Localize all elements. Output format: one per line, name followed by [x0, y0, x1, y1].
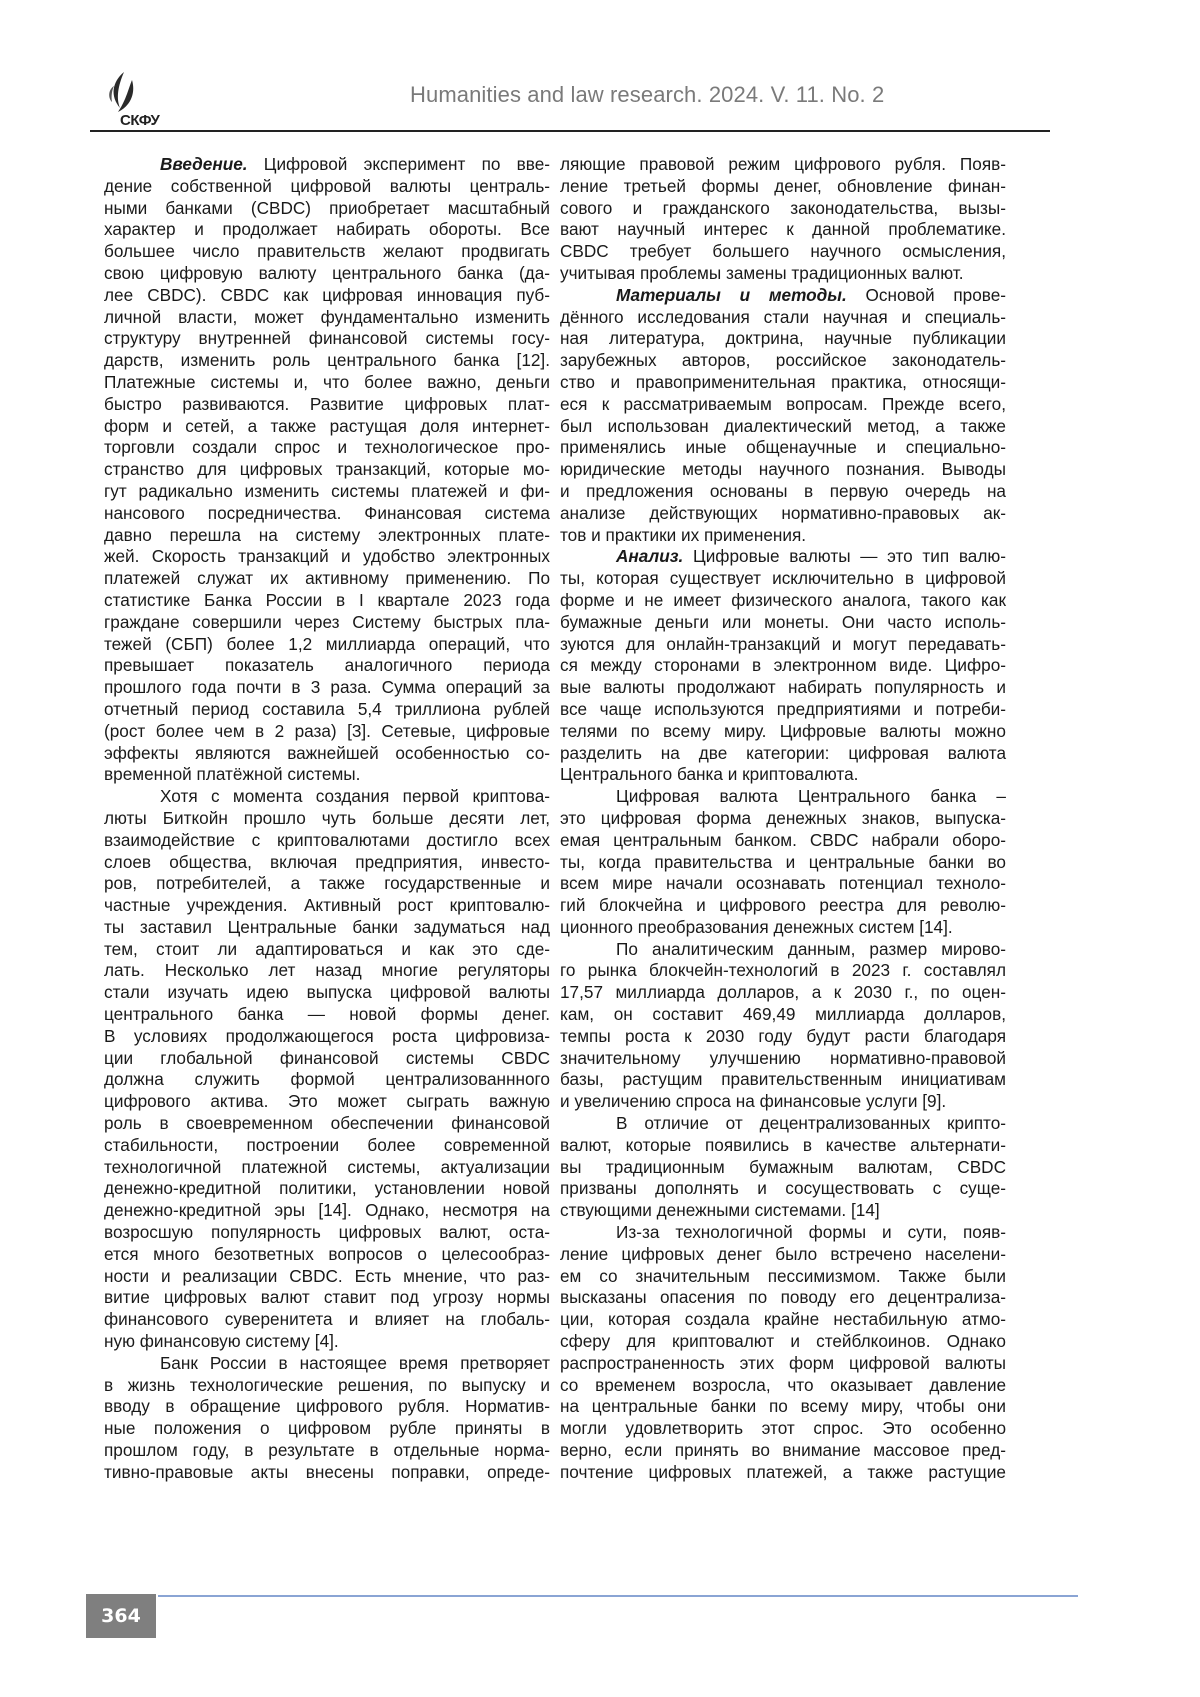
line-text: гий блокчейна и цифрового реестра для ре… [560, 895, 1006, 915]
footer-divider [158, 1595, 1078, 1597]
header-divider [90, 130, 1050, 132]
text-line: структуру внутренней финансовой системы … [104, 328, 550, 350]
line-text: 17,57 миллиарда долларов, а к 2030 г., п… [560, 982, 1006, 1002]
line-text: Банк России в настоящее время претворяет [160, 1353, 550, 1373]
line-text: в жизнь технологические решения, по выпу… [104, 1375, 550, 1395]
line-text: ции глобальной финансовой системы CBDC [104, 1048, 550, 1068]
line-text: ционного преобразования денежных систем … [560, 917, 953, 937]
text-line: ная литература, доктрина, научные публик… [560, 328, 1006, 350]
text-line: Цифровая валюта Центрального банка – [560, 786, 1006, 808]
text-line: разделить на две категории: цифровая вал… [560, 743, 1006, 765]
line-text: тем, стоит ли адаптироваться и как это с… [104, 939, 550, 959]
line-text: ная литература, доктрина, научные публик… [560, 328, 1006, 348]
line-text: ляющие правовой режим цифрового рубля. П… [560, 154, 1006, 174]
line-text: эффекты являются важнейшей особенностью … [104, 743, 550, 763]
text-line: взаимодействие с криптовалютами достигло… [104, 830, 550, 852]
text-line: временной платёжной системы. [104, 764, 550, 786]
text-line: цифрового актива. Это может сыграть важн… [104, 1091, 550, 1113]
line-text: Основой прове- [847, 285, 1006, 305]
university-logo: СКФУ [102, 68, 182, 128]
line-text: ление третьей формы денег, обновление фи… [560, 176, 1006, 196]
text-line: превышает показатель аналогичного период… [104, 655, 550, 677]
text-line: Анализ. Цифровые валюты — это тип валю- [560, 546, 1006, 568]
text-line: прошлого года почти в 3 раза. Сумма опер… [104, 677, 550, 699]
text-line: распространенность этих форм цифровой ва… [560, 1353, 1006, 1375]
text-line: тежей (СБП) более 1,2 миллиарда операций… [104, 634, 550, 656]
line-text: слоев общества, включая предприятия, инв… [104, 852, 550, 872]
logo-text: СКФУ [120, 112, 159, 129]
text-line: тем, стоит ли адаптироваться и как это с… [104, 939, 550, 961]
text-line: стабильности, построении более современн… [104, 1135, 550, 1157]
journal-title: Humanities and law research. 2024. V. 11… [410, 82, 884, 108]
text-line: ты, которая существует исключительно в ц… [560, 568, 1006, 590]
line-text: временной платёжной системы. [104, 764, 360, 784]
text-line: быстро развиваются. Развитие цифровых пл… [104, 394, 550, 416]
text-line: вые валюты продолжают набирать популярно… [560, 677, 1006, 699]
text-line: дение собственной цифровой валюты центра… [104, 176, 550, 198]
text-line: дённого исследования стали научная и спе… [560, 307, 1006, 329]
line-text: форме и не имеет физического аналога, та… [560, 590, 1006, 610]
line-text: Цифровая валюта Центрального банка – [616, 786, 1006, 806]
line-text: В отличие от децентрализованных крипто- [616, 1113, 1006, 1133]
line-text: ными банками (CBDC) приобретает масштабн… [104, 198, 550, 218]
text-line: В отличие от децентрализованных крипто- [560, 1113, 1006, 1135]
line-text: лее CBDC). CBDC как цифровая инновация п… [104, 285, 550, 305]
text-line: был использован диалектический метод, а … [560, 416, 1006, 438]
line-text: (рост более чем в 2 раза) [3]. Сетевые, … [104, 721, 550, 741]
text-line: нансового посредничества. Финансовая сис… [104, 503, 550, 525]
line-text: и предложения основаны в первую очередь … [560, 481, 1006, 501]
line-text: всем мире начали осознавать потенциал те… [560, 873, 1006, 893]
line-text: ется много безответных вопросов о целесо… [104, 1244, 550, 1264]
text-line: Материалы и методы. Основой прове- [560, 285, 1006, 307]
line-text: сферу для криптовалют и стейблкоинов. Од… [560, 1331, 1006, 1351]
line-text: вводу в обращение цифрового рубля. Норма… [104, 1396, 550, 1416]
line-text: вы традиционным бумажным валютам, CBDC [560, 1157, 1006, 1177]
line-text: характер и продолжает набирать обороты. … [104, 219, 550, 239]
line-text: странство для цифровых транзакций, котор… [104, 459, 550, 479]
text-line: По аналитическим данным, размер мирово- [560, 939, 1006, 961]
text-line: сового и гражданского законодательства, … [560, 198, 1006, 220]
line-text: свою цифровую валюту центрального банка … [104, 263, 550, 283]
line-text: ся между сторонами в электронном виде. Ц… [560, 655, 1006, 675]
text-line: большее число правительств желают продви… [104, 241, 550, 263]
line-text: ров, потребителей, а также государственн… [104, 873, 550, 893]
line-text: ем со значительным пессимизмом. Также бы… [560, 1266, 1006, 1286]
text-line: форм и сетей, а также растущая доля инте… [104, 416, 550, 438]
line-text: вые валюты продолжают набирать популярно… [560, 677, 1006, 697]
line-text: ствующими денежными системами. [14] [560, 1200, 880, 1220]
text-line: ную финансовую систему [4]. [104, 1331, 550, 1353]
line-text: Хотя с момента создания первой криптова- [160, 786, 550, 806]
line-text: прошлого года почти в 3 раза. Сумма опер… [104, 677, 550, 697]
text-line: значительному улучшению нормативно-право… [560, 1048, 1006, 1070]
text-line: тов и практики их применения. [560, 525, 1006, 547]
text-line: В условиях продолжающегося роста цифрови… [104, 1026, 550, 1048]
text-line: (рост более чем в 2 раза) [3]. Сетевые, … [104, 721, 550, 743]
text-line: юридические методы научного познания. Вы… [560, 459, 1006, 481]
text-line: базы, растущим правительственным инициат… [560, 1069, 1006, 1091]
line-text: дение собственной цифровой валюты центра… [104, 176, 550, 196]
text-line: и предложения основаны в первую очередь … [560, 481, 1006, 503]
line-text: CBDC требует большего научного осмыслени… [560, 241, 1006, 261]
text-line: витие цифровых валют ставит под угрозу н… [104, 1287, 550, 1309]
left-text-column: Введение. Цифровой эксперимент по вве-де… [104, 154, 550, 1484]
text-line: личной власти, может фундаментально изме… [104, 307, 550, 329]
text-line: Из-за технологичной формы и сути, появ- [560, 1222, 1006, 1244]
line-text: личной власти, может фундаментально изме… [104, 307, 550, 327]
text-line: ты заставил Центральные банки задуматься… [104, 917, 550, 939]
text-line: платежей служат их активному применению.… [104, 568, 550, 590]
line-text: В условиях продолжающегося роста цифрови… [104, 1026, 550, 1046]
text-line: ствующими денежными системами. [14] [560, 1200, 1006, 1222]
text-line: кам, он составит 469,49 миллиарда доллар… [560, 1004, 1006, 1026]
line-text: статистике Банка России в I квартале 202… [104, 590, 550, 610]
line-text: емая центральным банком. CBDC набрали об… [560, 830, 1006, 850]
line-text: ты заставил Центральные банки задуматься… [104, 917, 550, 937]
line-text: технологичной платежной системы, актуали… [104, 1157, 550, 1177]
line-text: вают научный интерес к данной проблемати… [560, 219, 1006, 239]
line-text: тежей (СБП) более 1,2 миллиарда операций… [104, 634, 550, 654]
text-line: зарубежных авторов, российское законодат… [560, 350, 1006, 372]
line-text: превышает показатель аналогичного период… [104, 655, 550, 675]
line-text: ты, когда правительства и центральные ба… [560, 852, 1006, 872]
line-text: ство и правоприменительная практика, отн… [560, 372, 1006, 392]
line-text: го рынка блокчейн-технологий в 2023 г. с… [560, 960, 1006, 980]
text-line: роль в своевременном обеспечении финансо… [104, 1113, 550, 1135]
section-heading: Введение. [160, 154, 248, 174]
line-text: форм и сетей, а также растущая доля инте… [104, 416, 550, 436]
line-text: ности и реализации CBDC. Есть мнение, чт… [104, 1266, 550, 1286]
line-text: дённого исследования стали научная и спе… [560, 307, 1006, 327]
text-line: гий блокчейна и цифрового реестра для ре… [560, 895, 1006, 917]
line-text: Платежные системы и, что более важно, де… [104, 372, 550, 392]
section-heading: Материалы и методы. [616, 285, 847, 305]
text-line: в жизнь технологические решения, по выпу… [104, 1375, 550, 1397]
line-text: витие цифровых валют ставит под угрозу н… [104, 1287, 550, 1307]
line-text: граждане совершили через Систему быстрых… [104, 612, 550, 632]
line-text: торговли создали спрос и технологическое… [104, 437, 550, 457]
line-text: роль в своевременном обеспечении финансо… [104, 1113, 550, 1133]
line-text: Центрального банка и криптовалюта. [560, 764, 858, 784]
text-line: финансового суверенитета и влияет на гло… [104, 1309, 550, 1331]
line-text: темпы роста к 2030 году будут расти благ… [560, 1026, 1006, 1046]
text-line: денежно-кредитной политики, установлении… [104, 1178, 550, 1200]
right-text-column: ляющие правовой режим цифрового рубля. П… [560, 154, 1006, 1484]
text-line: тивно-правовые акты внесены поправки, оп… [104, 1462, 550, 1484]
text-line: ции глобальной финансовой системы CBDC [104, 1048, 550, 1070]
text-line: стали изучать идею выпуска цифровой валю… [104, 982, 550, 1004]
line-text: все чаще используются предприятиями и по… [560, 699, 1006, 719]
text-line: темпы роста к 2030 году будут расти благ… [560, 1026, 1006, 1048]
line-text: валют, которые появились в качестве альт… [560, 1135, 1006, 1155]
text-line: почтение цифровых платежей, а также раст… [560, 1462, 1006, 1484]
line-text: ную финансовую систему [4]. [104, 1331, 339, 1351]
text-line: характер и продолжает набирать обороты. … [104, 219, 550, 241]
line-text: кам, он составит 469,49 миллиарда доллар… [560, 1004, 1006, 1024]
text-line: применялись иные общенаучные и специальн… [560, 437, 1006, 459]
line-text: телями по всему миру. Цифровые валюты мо… [560, 721, 1006, 741]
text-line: жей. Скорость транзакций и удобство элек… [104, 546, 550, 568]
line-text: могли удовлетворить этот спрос. Это особ… [560, 1418, 1006, 1438]
text-line: ров, потребителей, а также государственн… [104, 873, 550, 895]
text-line: телями по всему миру. Цифровые валюты мо… [560, 721, 1006, 743]
text-line: еся к рассматриваемым вопросам. Прежде в… [560, 394, 1006, 416]
line-text: бумажные деньги или монеты. Они часто ис… [560, 612, 1006, 632]
text-line: ционного преобразования денежных систем … [560, 917, 1006, 939]
text-line: анализе действующих нормативно-правовых … [560, 503, 1006, 525]
line-text: Цифровые валюты — это тип валю- [683, 546, 1006, 566]
text-line: ство и правоприменительная практика, отн… [560, 372, 1006, 394]
line-text: взаимодействие с криптовалютами достигло… [104, 830, 550, 850]
line-text: зарубежных авторов, российское законодат… [560, 350, 1006, 370]
text-line: ляющие правовой режим цифрового рубля. П… [560, 154, 1006, 176]
text-line: Хотя с момента создания первой криптова- [104, 786, 550, 808]
line-text: прошлом году, в результате в отдельные н… [104, 1440, 550, 1460]
text-line: денежно-кредитной эры [14]. Однако, несм… [104, 1200, 550, 1222]
text-line: ты, когда правительства и центральные ба… [560, 852, 1006, 874]
text-line: 17,57 миллиарда долларов, а к 2030 г., п… [560, 982, 1006, 1004]
text-line: торговли создали спрос и технологическое… [104, 437, 550, 459]
line-text: анализе действующих нормативно-правовых … [560, 503, 1006, 523]
line-text: применялись иные общенаучные и специальн… [560, 437, 1006, 457]
line-text: призваны дополнять и сосуществовать с су… [560, 1178, 1006, 1198]
text-line: технологичной платежной системы, актуали… [104, 1157, 550, 1179]
text-line: прошлом году, в результате в отдельные н… [104, 1440, 550, 1462]
line-text: зуются для онлайн-транзакций и могут пер… [560, 634, 1006, 654]
text-line: форме и не имеет физического аналога, та… [560, 590, 1006, 612]
text-line: сферу для криптовалют и стейблкоинов. Од… [560, 1331, 1006, 1353]
section-heading: Анализ. [616, 546, 683, 566]
text-line: должна служить формой централизованнного [104, 1069, 550, 1091]
line-text: тивно-правовые акты внесены поправки, оп… [104, 1462, 550, 1482]
text-line: частные учреждения. Активный рост крипто… [104, 895, 550, 917]
line-text: По аналитическим данным, размер мирово- [616, 939, 1006, 959]
line-text: распространенность этих форм цифровой ва… [560, 1353, 1006, 1373]
text-line: люты Биткойн прошло чуть больше десяти л… [104, 808, 550, 830]
text-line: учитывая проблемы замены традиционных ва… [560, 263, 1006, 285]
text-line: граждане совершили через Систему быстрых… [104, 612, 550, 634]
text-line: вводу в обращение цифрового рубля. Норма… [104, 1396, 550, 1418]
text-line: центрального банка — новой формы денег. [104, 1004, 550, 1026]
text-line: Введение. Цифровой эксперимент по вве- [104, 154, 550, 176]
page-header: СКФУ Humanities and law research. 2024. … [90, 60, 1050, 132]
text-line: призваны дополнять и сосуществовать с су… [560, 1178, 1006, 1200]
text-line: это цифровая форма денежных знаков, выпу… [560, 808, 1006, 830]
line-text: значительному улучшению нормативно-право… [560, 1048, 1006, 1068]
line-text: почтение цифровых платежей, а также раст… [560, 1462, 1006, 1482]
line-text: быстро развиваются. Развитие цифровых пл… [104, 394, 550, 414]
text-line: со временем возросла, что оказывает давл… [560, 1375, 1006, 1397]
line-text: ты, которая существует исключительно в ц… [560, 568, 1006, 588]
line-text: отчетный период составила 5,4 триллиона … [104, 699, 550, 719]
line-text: денежно-кредитной политики, установлении… [104, 1178, 550, 1198]
line-text: давно перешла на систему электронных пла… [104, 525, 550, 545]
text-line: давно перешла на систему электронных пла… [104, 525, 550, 547]
text-line: свою цифровую валюту центрального банка … [104, 263, 550, 285]
text-line: ными банками (CBDC) приобретает масштабн… [104, 198, 550, 220]
line-text: и увеличению спроса на финансовые услуги… [560, 1091, 946, 1111]
text-line: зуются для онлайн-транзакций и могут пер… [560, 634, 1006, 656]
line-text: ление цифровых денег было встречено насе… [560, 1244, 1006, 1264]
text-line: лать. Несколько лет назад многие регулят… [104, 960, 550, 982]
line-text: цифрового актива. Это может сыграть важн… [104, 1091, 550, 1111]
text-line: эффекты являются важнейшей особенностью … [104, 743, 550, 765]
line-text: Цифровой эксперимент по вве- [248, 154, 550, 174]
line-text: должна служить формой централизованнного [104, 1069, 550, 1089]
line-text: высказаны опасения по поводу его децентр… [560, 1287, 1006, 1307]
text-line: CBDC требует большего научного осмыслени… [560, 241, 1006, 263]
line-text: платежей служат их активному применению.… [104, 568, 550, 588]
text-line: статистике Банка России в I квартале 202… [104, 590, 550, 612]
line-text: был использован диалектический метод, а … [560, 416, 1006, 436]
text-line: ции, которая создала крайне нестабильную… [560, 1309, 1006, 1331]
line-text: Из-за технологичной формы и сути, появ- [616, 1222, 1006, 1242]
text-line: отчетный период составила 5,4 триллиона … [104, 699, 550, 721]
text-line: лее CBDC). CBDC как цифровая инновация п… [104, 285, 550, 307]
line-text: на центральные банки по всему миру, чтоб… [560, 1396, 1006, 1416]
text-line: Платежные системы и, что более важно, де… [104, 372, 550, 394]
line-text: финансового суверенитета и влияет на гло… [104, 1309, 550, 1329]
line-text: это цифровая форма денежных знаков, выпу… [560, 808, 1006, 828]
text-line: ные положения о цифровом рубле приняты в [104, 1418, 550, 1440]
line-text: еся к рассматриваемым вопросам. Прежде в… [560, 394, 1006, 414]
text-line: вы традиционным бумажным валютам, CBDC [560, 1157, 1006, 1179]
line-text: люты Биткойн прошло чуть больше десяти л… [104, 808, 550, 828]
text-line: валют, которые появились в качестве альт… [560, 1135, 1006, 1157]
line-text: дарств, изменить роль центрального банка… [104, 350, 550, 370]
text-line: слоев общества, включая предприятия, инв… [104, 852, 550, 874]
text-line: высказаны опасения по поводу его децентр… [560, 1287, 1006, 1309]
wing-logo-icon [102, 68, 162, 118]
text-line: все чаще используются предприятиями и по… [560, 699, 1006, 721]
text-line: могли удовлетворить этот спрос. Это особ… [560, 1418, 1006, 1440]
text-line: дарств, изменить роль центрального банка… [104, 350, 550, 372]
text-line: ности и реализации CBDC. Есть мнение, чт… [104, 1266, 550, 1288]
line-text: жей. Скорость транзакций и удобство элек… [104, 546, 550, 566]
line-text: возросшую популярность цифровых валют, о… [104, 1222, 550, 1242]
text-line: и увеличению спроса на финансовые услуги… [560, 1091, 1006, 1113]
line-text: лать. Несколько лет назад многие регулят… [104, 960, 550, 980]
text-line: го рынка блокчейн-технологий в 2023 г. с… [560, 960, 1006, 982]
line-text: ции, которая создала крайне нестабильную… [560, 1309, 1006, 1329]
line-text: ные положения о цифровом рубле приняты в [104, 1418, 550, 1438]
text-line: возросшую популярность цифровых валют, о… [104, 1222, 550, 1244]
text-line: Банк России в настоящее время претворяет [104, 1353, 550, 1375]
line-text: верно, если принять во внимание массовое… [560, 1440, 1006, 1460]
line-text: юридические методы научного познания. Вы… [560, 459, 1006, 479]
line-text: стали изучать идею выпуска цифровой валю… [104, 982, 550, 1002]
line-text: базы, растущим правительственным инициат… [560, 1069, 1006, 1089]
text-line: всем мире начали осознавать потенциал те… [560, 873, 1006, 895]
text-line: Центрального банка и криптовалюта. [560, 764, 1006, 786]
text-line: ется много безответных вопросов о целесо… [104, 1244, 550, 1266]
line-text: структуру внутренней финансовой системы … [104, 328, 550, 348]
text-line: вают научный интерес к данной проблемати… [560, 219, 1006, 241]
line-text: центрального банка — новой формы денег. [104, 1004, 550, 1024]
line-text: сового и гражданского законодательства, … [560, 198, 1006, 218]
text-line: верно, если принять во внимание массовое… [560, 1440, 1006, 1462]
line-text: тов и практики их применения. [560, 525, 806, 545]
line-text: учитывая проблемы замены традиционных ва… [560, 263, 964, 283]
text-line: гут радикально изменить системы платежей… [104, 481, 550, 503]
text-line: на центральные банки по всему миру, чтоб… [560, 1396, 1006, 1418]
text-line: странство для цифровых транзакций, котор… [104, 459, 550, 481]
line-text: частные учреждения. Активный рост крипто… [104, 895, 550, 915]
text-line: ся между сторонами в электронном виде. Ц… [560, 655, 1006, 677]
line-text: большее число правительств желают продви… [104, 241, 550, 261]
text-line: ление третьей формы денег, обновление фи… [560, 176, 1006, 198]
line-text: со временем возросла, что оказывает давл… [560, 1375, 1006, 1395]
line-text: гут радикально изменить системы платежей… [104, 481, 550, 501]
line-text: разделить на две категории: цифровая вал… [560, 743, 1006, 763]
line-text: нансового посредничества. Финансовая сис… [104, 503, 550, 523]
line-text: денежно-кредитной эры [14]. Однако, несм… [104, 1200, 550, 1220]
line-text: стабильности, построении более современн… [104, 1135, 550, 1155]
text-line: ление цифровых денег было встречено насе… [560, 1244, 1006, 1266]
text-line: ем со значительным пессимизмом. Также бы… [560, 1266, 1006, 1288]
text-line: емая центральным банком. CBDC набрали об… [560, 830, 1006, 852]
text-line: бумажные деньги или монеты. Они часто ис… [560, 612, 1006, 634]
page-number: 364 [86, 1594, 156, 1638]
